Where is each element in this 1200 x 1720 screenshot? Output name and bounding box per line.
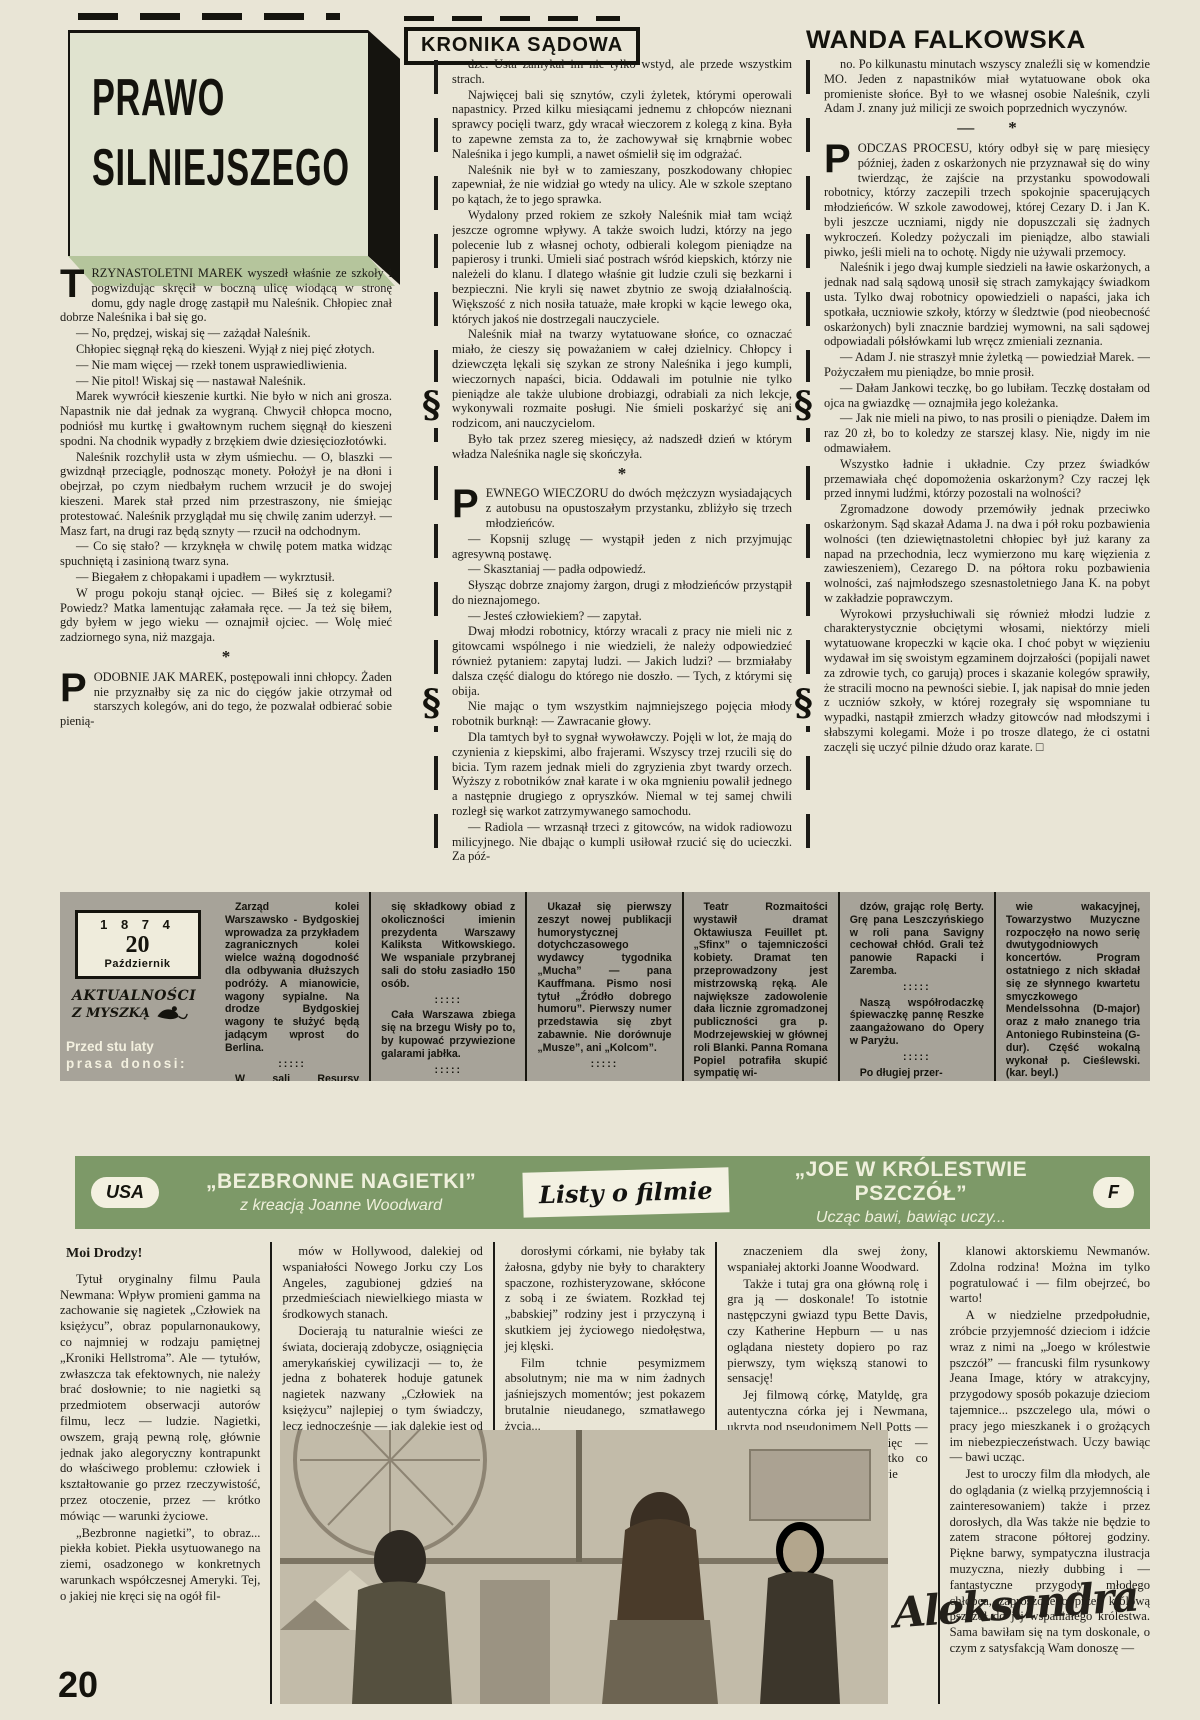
paragraph: Dwaj młodzi robotnicy, którzy wracali z …	[452, 624, 792, 698]
paragraph: — Jesteś człowiekiem? — zapytał.	[452, 609, 792, 624]
paragraph: Naleśnik miał na twarzy wytatuowane słoń…	[452, 327, 792, 431]
film2-heading: „JOE W KRÓLESTWIE PSZCZÓŁ” Ucząc bawi, b…	[745, 1158, 1077, 1227]
paragraph: Tytuł oryginalny filmu Paula Newmana: Wp…	[60, 1272, 260, 1525]
paragraph: Zarząd kolei Warszawsko - Bydgoskiej wpr…	[225, 901, 359, 1055]
paragraph: Było tak przez szereg miesięcy, aż nadsz…	[452, 432, 792, 462]
paragraph: Moi Drodzy!	[60, 1246, 260, 1262]
column-rule-dashed: § §	[434, 60, 438, 860]
drop-cap: P	[824, 141, 858, 174]
film2-subtitle: Ucząc bawi, bawiąc uczy...	[745, 1209, 1077, 1227]
retro-column-3: Ukazał się pierwszy zeszyt nowej publika…	[525, 892, 681, 1081]
separator: *	[60, 650, 392, 665]
retro-label: Przed stu laty prasa donosi:	[66, 1038, 187, 1072]
mouse-icon	[154, 1004, 188, 1022]
retro-label-line1: Przed stu laty	[66, 1038, 187, 1055]
separator: *	[452, 467, 792, 482]
country-tag-f: F	[1093, 1177, 1134, 1208]
paragraph: PEWNEGO WIECZORU do dwóch mężczyzn wysia…	[452, 486, 792, 530]
section-sign-icon: §	[793, 382, 814, 428]
aktualnosci-logo: AKTUALNOŚCI Z MYSZKĄ	[72, 988, 211, 1022]
paragraph: Słysząc dobrze znajomy żargon, drugi z m…	[452, 578, 792, 608]
listy-o-filmie-box: Listy o filmie	[523, 1167, 730, 1217]
column-rule-dashed: § §	[806, 60, 810, 860]
paragraph: Nie mając o tym wszystkim najmniejszego …	[452, 699, 792, 729]
article1-column-1: TRZYNASTOLETNI MAREK wyszedł właśnie ze …	[60, 264, 392, 864]
paragraph: — Adam J. nie straszył mnie żyletką — po…	[824, 350, 1150, 380]
paragraph: Naleśnik rozchylił usta w złym uśmiechu.…	[60, 450, 392, 539]
separator: :::::	[225, 1058, 359, 1071]
paragraph: Teatr Rozmaitości wystawił dramat Oktawi…	[694, 901, 828, 1080]
paragraph: — Skasztaniaj — padła odpowiedź.	[452, 562, 792, 577]
ornament-dashes	[404, 16, 620, 21]
paragraph: Wszystko ładnie i układnie. Czy przez św…	[824, 457, 1150, 501]
review-column-1: Moi Drodzy!Tytuł oryginalny filmu Paula …	[60, 1242, 270, 1704]
article1-column-3: no. Po kilkunastu minutach wszyscy znale…	[824, 57, 1150, 865]
paragraph: Naleśnik i jego dwaj kumple siedzieli na…	[824, 260, 1150, 349]
article1-column-2: dze. Usta zamykał im nie tylko wstyd, al…	[452, 57, 792, 863]
paragraph: „Bezbronne nagietki”, to obraz... piekła…	[60, 1526, 260, 1605]
paragraph: wie wakacyjnej, Towarzystwo Muzyczne roz…	[1006, 901, 1140, 1080]
paragraph: mów w Hollywood, dalekiej od wspaniałośc…	[282, 1244, 482, 1323]
paragraph: Dla tamtych był to sygnał wywoławczy. Po…	[452, 730, 792, 819]
retro-label-line2: prasa donosi:	[66, 1055, 187, 1072]
paragraph: dze. Usta zamykał im nie tylko wstyd, al…	[452, 57, 792, 87]
page-number: 20	[58, 1664, 98, 1706]
paragraph: Najwięcej bali się sznytów, czyli żylete…	[452, 88, 792, 162]
section-sign-icon: §	[793, 680, 814, 726]
paragraph: Film tchnie pesymizmem absolutnym; nie m…	[505, 1356, 705, 1435]
article-title-line2: SILNIEJSZEGO	[92, 133, 274, 203]
article-title-line1: PRAWO	[92, 63, 274, 133]
article-title-box: PRAWO SILNIEJSZEGO	[68, 30, 368, 256]
retro-press-strip: 1 8 7 4 20 Październik AKTUALNOŚCI Z MYS…	[60, 892, 1150, 1081]
paragraph: znaczeniem dla swej żony, wspaniałej akt…	[727, 1244, 927, 1276]
paragraph: — Jak nie mieli na piwo, to nas prosili …	[824, 411, 1150, 455]
paragraph: Także i tutaj gra ona główną rolę i gra …	[727, 1277, 927, 1388]
separator: :::::	[537, 1058, 671, 1071]
paragraph: no. Po kilkunastu minutach wszyscy znale…	[824, 57, 1150, 116]
paragraph: Zgromadzone dowody przemówiły jednak prz…	[824, 502, 1150, 606]
paragraph: się składkowy obiad z okoliczności imien…	[381, 901, 515, 991]
drop-cap: P	[452, 486, 486, 519]
paragraph: Wyrokowi przysłuchiwali się również młod…	[824, 607, 1150, 755]
paragraph: — Nie mam więcej — rzekł tonem usprawied…	[60, 358, 392, 373]
paragraph: — Radiola — wrzasnął trzeci z gitowców, …	[452, 820, 792, 863]
paragraph: dzów, grając rolę Berty. Grę pana Leszcz…	[850, 901, 984, 978]
film1-title: „BEZBRONNE NAGIETKI”	[175, 1170, 507, 1194]
photo-illustration	[280, 1430, 888, 1704]
paragraph: — Nie pitol! Wiskaj się — nastawał Naleś…	[60, 374, 392, 389]
stamp-day: 20	[80, 933, 196, 957]
paragraph: Chłopiec sięgnął ręką do kieszeni. Wyjął…	[60, 342, 392, 357]
paragraph: Naszą współrodaczkę śpiewaczkę pannę Res…	[850, 997, 984, 1048]
drop-cap: P	[60, 670, 94, 703]
title-box-shadow-right	[368, 30, 400, 285]
separator: :::::	[850, 981, 984, 994]
paragraph: Ukazał się pierwszy zeszyt nowej publika…	[537, 901, 671, 1055]
paragraph: Wydalony przed rokiem ze szkoły Naleśnik…	[452, 208, 792, 326]
author-name: WANDA FALKOWSKA	[806, 26, 1086, 55]
paragraph: PODCZAS PROCESU, który odbył się w parę …	[824, 141, 1150, 259]
logo-line1: AKTUALNOŚCI	[72, 988, 211, 1004]
separator: :::::	[850, 1051, 984, 1064]
paragraph: — Co się stało? — krzyknęła w chwilę pot…	[60, 539, 392, 569]
paragraph: W sali Resursy Obywatelskiej odbył	[225, 1073, 359, 1081]
ornament-dashes	[78, 13, 340, 20]
retro-column-4: Teatr Rozmaitości wystawił dramat Oktawi…	[682, 892, 838, 1081]
paragraph: dorosłymi córkami, nie byłaby tak żałosn…	[505, 1244, 705, 1355]
review-column-5: klanowi aktorskiemu Newmanów. Zdolna rod…	[938, 1242, 1150, 1704]
retro-left-block: 1 8 7 4 20 Październik AKTUALNOŚCI Z MYS…	[60, 892, 215, 1081]
title-box-face: PRAWO SILNIEJSZEGO	[68, 30, 368, 256]
country-tag-usa: USA	[91, 1177, 159, 1208]
film1-heading: „BEZBRONNE NAGIETKI” z kreacją Joanne Wo…	[175, 1170, 507, 1215]
film-review-banner: USA „BEZBRONNE NAGIETKI” z kreacją Joann…	[75, 1156, 1150, 1229]
separator: :::::	[381, 1064, 515, 1077]
separator: — *	[824, 121, 1150, 136]
paragraph: W progu pokoju stanął ojciec. — Biłeś si…	[60, 586, 392, 645]
film2-title: „JOE W KRÓLESTWIE PSZCZÓŁ”	[745, 1158, 1077, 1206]
paragraph: — Biegałem z chłopakami i upadłem — wykr…	[60, 570, 392, 585]
paragraph: Po długiej przer-	[850, 1067, 984, 1080]
retro-column-6: wie wakacyjnej, Towarzystwo Muzyczne roz…	[994, 892, 1150, 1081]
paragraph: A w niedzielne przedpołudnie, zróbcie pr…	[950, 1308, 1150, 1466]
film1-subtitle: z kreacją Joanne Woodward	[175, 1197, 507, 1215]
retro-column-2: się składkowy obiad z okoliczności imien…	[369, 892, 525, 1081]
stamp-year: 1 8 7 4	[80, 917, 196, 932]
newspaper-page: PRAWO SILNIEJSZEGO KRONIKA SĄDOWA WANDA …	[0, 0, 1200, 1720]
paragraph: TRZYNASTOLETNI MAREK wyszedł właśnie ze …	[60, 266, 392, 325]
stamp-month: Październik	[80, 958, 196, 970]
logo-line2: Z MYSZKĄ	[72, 1006, 150, 1021]
separator: :::::	[381, 994, 515, 1007]
section-sign-icon: §	[421, 680, 442, 726]
paragraph: Cała Warszawa zbiega się na brzegu Wisły…	[381, 1009, 515, 1060]
paragraph: Marek wywrócił kieszenie kurtki. Nie był…	[60, 389, 392, 448]
drop-cap: T	[60, 266, 91, 299]
paragraph: — Dałam Jankowi teczkę, bo go lubiłam. T…	[824, 381, 1150, 411]
section-sign-icon: §	[421, 382, 442, 428]
retro-column-5: dzów, grając rolę Berty. Grę pana Leszcz…	[838, 892, 994, 1081]
photo-fairground-scene	[280, 1430, 888, 1704]
date-stamp: 1 8 7 4 20 Październik	[75, 910, 201, 979]
retro-column-1: Zarząd kolei Warszawsko - Bydgoskiej wpr…	[215, 892, 369, 1081]
paragraph: — Kopsnij szlugę — wystąpił jeden z nich…	[452, 532, 792, 562]
paragraph: klanowi aktorskiemu Newmanów. Zdolna rod…	[950, 1244, 1150, 1307]
paragraph: — No, prędzej, wiskaj się — zażądał Nale…	[60, 326, 392, 341]
paragraph: PODOBNIE JAK MAREK, postępowali inni chł…	[60, 670, 392, 729]
paragraph: Naleśnik nie był w to zamieszany, poszko…	[452, 163, 792, 207]
